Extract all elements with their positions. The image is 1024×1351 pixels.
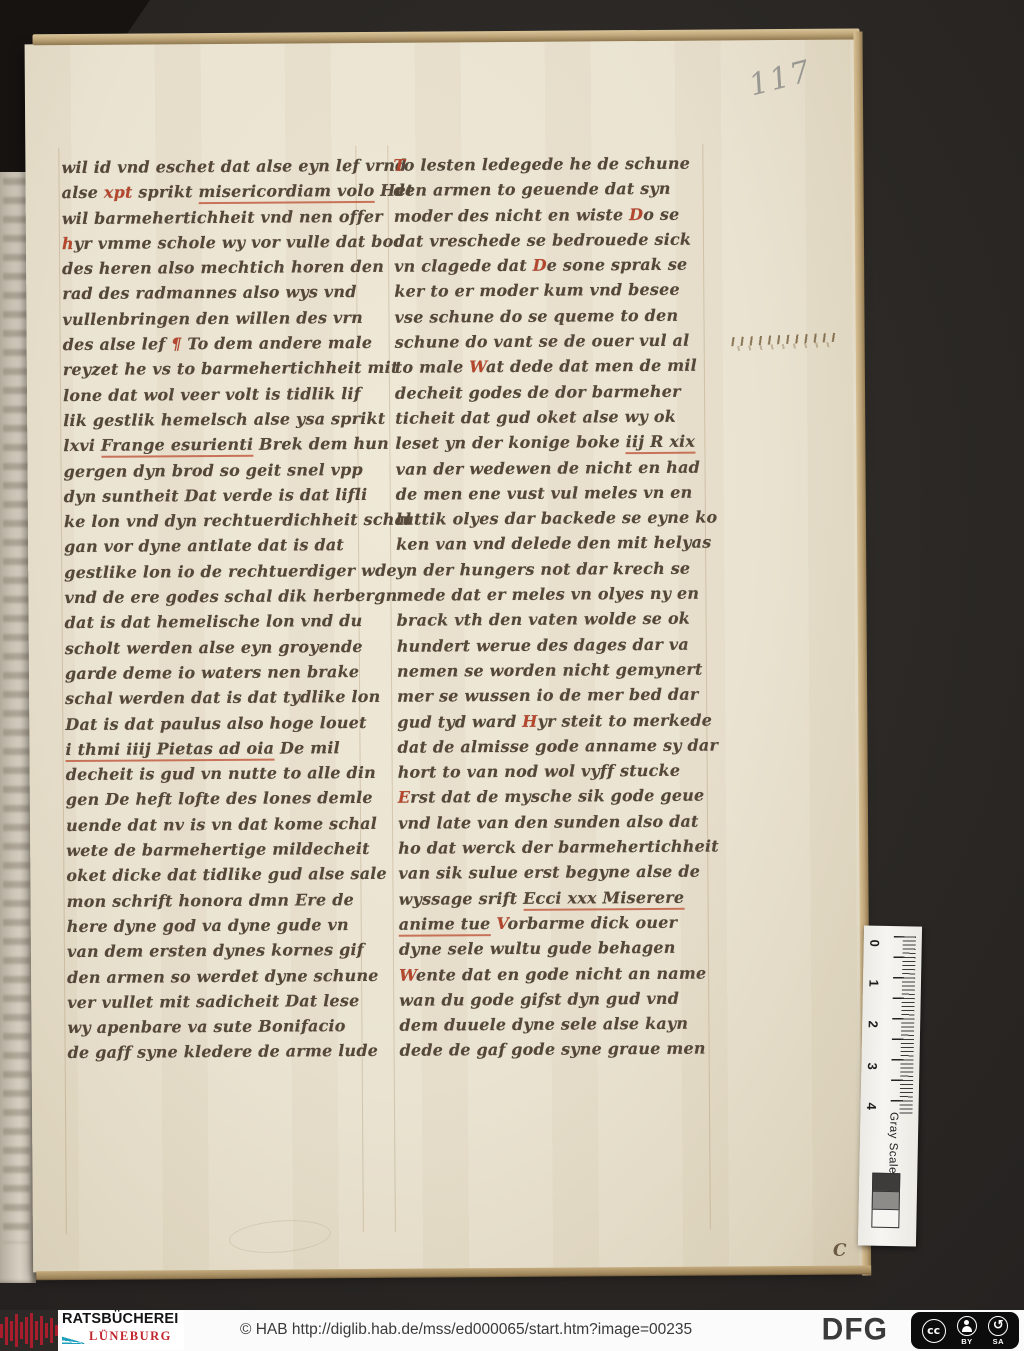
ruler-number: 0 [867, 936, 882, 950]
manuscript-text-line: mede dat er meles vn olyes ny en [396, 584, 708, 611]
manuscript-page: 117 wil id vnd eschet dat alse eyn lef v… [25, 39, 864, 1273]
manuscript-text-line: vullenbringen den willen des vrn [62, 308, 374, 335]
manuscript-text-line: wyssage srift Ecci xxx Miserere [398, 887, 710, 914]
manuscript-text-line: Dat is dat paulus also hoge louet [65, 712, 377, 739]
manuscript-text-line: dede de gaf gode syne graue men [400, 1039, 712, 1066]
logo-bar-icon [25, 1317, 28, 1344]
manuscript-text-line: vnd late van den sunden also dat [398, 811, 710, 838]
gray-patch-mid [872, 1191, 900, 1211]
manuscript-text-line: schune do vant se de ouer vul al [395, 331, 707, 358]
manuscript-text-line: yn der hungers not dar krech se [396, 558, 708, 585]
manuscript-text-line: ver vullet mit sadicheit Dat lese [67, 991, 379, 1018]
library-name: RATSBÜCHEREI [62, 1311, 184, 1327]
manuscript-text-line: wy apenbare va sute Bonifacio [67, 1016, 379, 1043]
manuscript-text-line: dat vreschede se bedrouede sick [394, 229, 706, 256]
logo-bar-icon [30, 1313, 33, 1348]
manuscript-text-line: des alse lef ¶ To dem andere male [63, 333, 375, 360]
logo-bar-icon [5, 1317, 8, 1345]
manuscript-text-line: Wente dat en gode nicht an name [399, 963, 711, 990]
manuscript-text-line: hort to van nod wol vyff stucke [398, 761, 710, 788]
ratsbuecherei-logo[interactable]: RATSBÜCHEREI LÜNEBURG [62, 1311, 184, 1350]
gray-patch-white [871, 1209, 899, 1229]
manuscript-text-line: gud tyd ward Hyr steit to merkede [397, 710, 709, 737]
ruler-number: 2 [866, 1017, 881, 1031]
manuscript-text-line: ker to er moder kum vnd besee [394, 280, 706, 307]
manuscript-text-line: vnd de ere godes schal dik herbergn [64, 586, 376, 613]
gray-scale-patches [871, 1174, 900, 1229]
dfg-logo[interactable]: DFG [822, 1312, 888, 1348]
manuscript-text-line: uende dat nv is vn dat kome schal [66, 814, 378, 841]
cc-sa-arrow-icon: ↺ [988, 1316, 1008, 1336]
manuscript-text-line: wan du gode gifst dyn gud vnd [399, 988, 711, 1015]
cc-license-badge[interactable]: cc BY ↺ SA [911, 1312, 1019, 1349]
manuscript-text-line: den armen to geuende dat syn [394, 179, 706, 206]
page-stack-edge-top [33, 29, 860, 46]
manuscript-text-line: dyne sele wultu gude behagen [399, 938, 711, 965]
logo-bar-icon [55, 1325, 58, 1336]
manuscript-text-line: alse xpt sprikt misericordiam volo Het [62, 181, 374, 208]
logo-bar-icon [20, 1322, 23, 1339]
footer-caption-bar: RATSBÜCHEREI LÜNEBURG © HAB http://digli… [0, 1310, 1024, 1351]
page-stack-edge-bottom [36, 1265, 871, 1280]
manuscript-text-line: dem duuele dyne sele alse kayn [399, 1014, 711, 1041]
folio-number: 117 [745, 54, 815, 104]
manuscript-text-line: garde deme io waters nen brake [65, 662, 377, 689]
manuscript-text-line: hyr vmme schole wy vor vulle dat bod [62, 232, 374, 259]
manuscript-text-line: ken van vnd delede den mit helyas [396, 533, 708, 560]
manuscript-text-line: to male Wat dede dat men de mil [395, 356, 707, 383]
gray-scale-ruler: 0 1 2 3 4 Gray Scale [858, 925, 922, 1246]
manuscript-text-line: den armen so werdet dyne schune [67, 965, 379, 992]
manuscript-text-line: oket dicke dat tidlike gud alse sale [66, 864, 378, 891]
manuscript-text-line: leset yn der konige boke iij R xix [395, 432, 707, 459]
manuscript-text-line: ticheit dat gud oket alse wy ok [395, 407, 707, 434]
manuscript-text-line: gestlike lon io de rechtuerdiger wde [64, 561, 376, 588]
quire-mark: C [833, 1241, 847, 1261]
lueneburg-logo-bars[interactable] [0, 1310, 58, 1351]
manuscript-text-line: ke lon vnd dyn rechtuerdichheit schal [64, 510, 376, 537]
library-city: LÜNEBURG [89, 1329, 172, 1344]
manuscript-text-line: schal werden dat is dat tydlike lon [65, 687, 377, 714]
manuscript-text-line: gergen dyn brod so geit snel vpp [63, 459, 375, 486]
manuscript-text-line: rad des radmannes also wys vnd [62, 282, 374, 309]
parchment-stitch-repair [730, 333, 838, 347]
parchment-stain [228, 1217, 332, 1257]
ruler-label: Gray Scale [886, 1112, 899, 1174]
manuscript-text-line: moder des nicht en wiste Do se [394, 204, 706, 231]
manuscript-text-line: To lesten ledegede he de schune [393, 154, 705, 181]
manuscript-text-line: decheit godes de dor barmeher [395, 381, 707, 408]
manuscript-text-line: Erst dat de mysche sik gode geue [398, 786, 710, 813]
manuscript-text-line: brack vth den vaten wolde se ok [397, 609, 709, 636]
manuscript-text-line: dyn suntheit Dat verde is dat lifli [64, 485, 376, 512]
cc-sa-label: SA [993, 1337, 1004, 1346]
fan-book-icon [62, 1328, 86, 1344]
ruler-number: 4 [864, 1099, 879, 1113]
gray-patch-dark [872, 1173, 900, 1193]
text-column-left: wil id vnd eschet dat alse eyn lef vrnda… [61, 156, 379, 1069]
logo-bar-icon [10, 1321, 13, 1341]
manuscript-text-line: wil id vnd eschet dat alse eyn lef vrnd [61, 156, 373, 183]
manuscript-text-line: lik gestlik hemelsch alse ysa sprikt [63, 409, 375, 436]
manuscript-text-line: de men ene vust vul meles vn en [396, 482, 708, 509]
manuscript-text-line: van der wedewen de nicht en had [395, 457, 707, 484]
copyright-url[interactable]: © HAB http://diglib.hab.de/mss/ed000065/… [240, 1321, 692, 1339]
logo-bar-icon [50, 1318, 53, 1343]
manuscript-text-line: i thmi iiij Pietas ad oia De mil [65, 738, 377, 765]
manuscript-text-line: reyzet he vs to barmehertichheit mit [63, 358, 375, 385]
manuscript-text-line: de gaff syne kledere de arme lude [68, 1041, 380, 1068]
logo-bar-icon [0, 1324, 3, 1338]
manuscript-text-line: lone dat wol veer volt is tidlik lif [63, 384, 375, 411]
ruler-number: 1 [866, 976, 881, 990]
cc-icon: cc [922, 1319, 946, 1343]
manuscript-text-line: van dem ersten dynes kornes gif [67, 940, 379, 967]
manuscript-text-line: here dyne god va dyne gude vn [67, 915, 379, 942]
manuscript-text-line: wil barmehertichheit vnd nen offer [62, 206, 374, 233]
manuscript-text-line: wete de barmehertige mildecheit [66, 839, 378, 866]
manuscript-text-line: lxvi Frange esurienti Brek dem hun [63, 434, 375, 461]
ruler-tick-marks [886, 936, 915, 1114]
manuscript-text-line: ho dat werck der barmehertichheit [398, 837, 710, 864]
manuscript-text-line: decheit is gud vn nutte to alle din [66, 763, 378, 790]
photograph-stage: 117 wil id vnd eschet dat alse eyn lef v… [0, 0, 1024, 1310]
logo-bar-icon [45, 1323, 48, 1338]
manuscript-text-line: gan vor dyne antlate dat is dat [64, 535, 376, 562]
manuscript-text-line: luttik olyes dar backede se eyne ko [396, 508, 708, 535]
manuscript-text-line: scholt werden alse eyn groyende [65, 637, 377, 664]
logo-bar-icon [15, 1314, 18, 1347]
manuscript-text-line: mer se wussen io de mer bed dar [397, 685, 709, 712]
cc-by-person-icon [957, 1316, 977, 1336]
manuscript-text-line: mon schrift honora dmn Ere de [66, 889, 378, 916]
manuscript-text-line: nemen se worden nicht gemynert [397, 660, 709, 687]
manuscript-text-line: des heren also mechtich horen den [62, 257, 374, 284]
logo-bar-icon [35, 1321, 38, 1340]
manuscript-text-line: dat is dat hemelische lon vnd du [65, 611, 377, 638]
text-column-right: To lesten ledegede he de schuneden armen… [393, 154, 711, 1067]
manuscript-text-line: dat de almisse gode anname sy dar [397, 735, 709, 762]
manuscript-text-line: gen De heft lofte des lones demle [66, 788, 378, 815]
manuscript-text-line: anime tue Vorbarme dick ouer [399, 912, 711, 939]
logo-bar-icon [40, 1316, 43, 1345]
manuscript-text-line: vn clagede dat De sone sprak se [394, 255, 706, 282]
cc-by-label: BY [961, 1337, 972, 1346]
manuscript-text-line: vse schune do se queme to den [394, 305, 706, 332]
ruler-number: 3 [865, 1059, 880, 1073]
manuscript-text-line: hundert werue des dages dar va [397, 634, 709, 661]
manuscript-text-line: van sik sulue erst begyne alse de [398, 862, 710, 889]
